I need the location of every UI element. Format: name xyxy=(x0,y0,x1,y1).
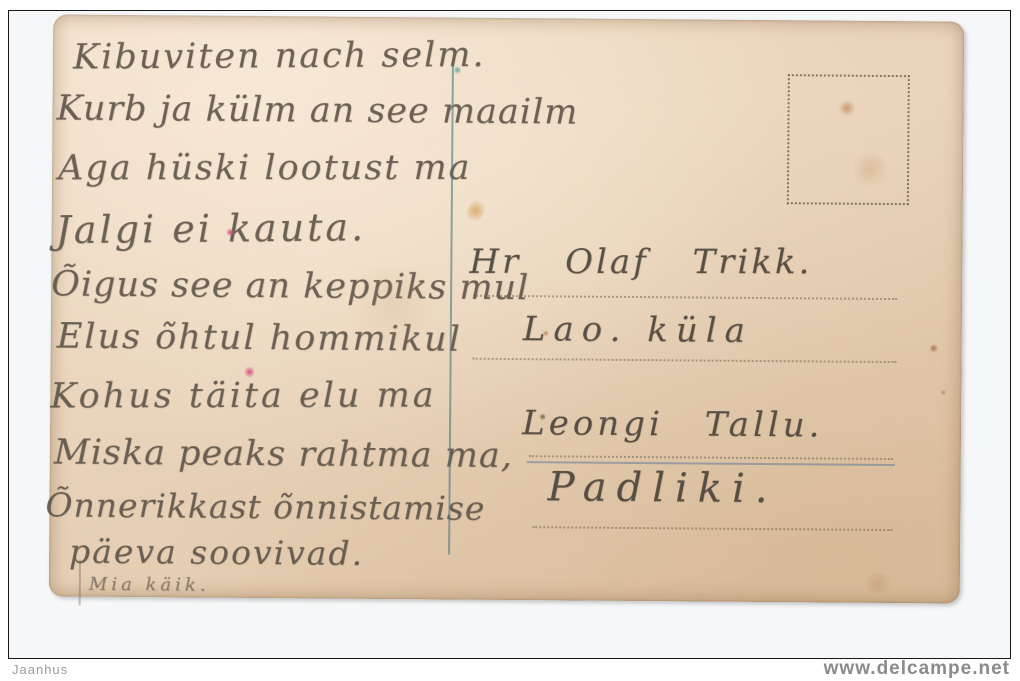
address-line-village: Lao. küla xyxy=(523,310,753,351)
address-line-name: Hr Olaf Trikk. xyxy=(469,243,812,282)
signature: Mia käik. xyxy=(89,575,210,597)
message-line: Miska peaks rahtma ma, xyxy=(54,432,513,476)
watermark-site: www.delcampe.net xyxy=(824,658,1010,680)
address-line-place: Padliki. xyxy=(547,464,777,512)
message-line: Kohus täita elu ma xyxy=(50,375,436,416)
message-line: Õnnerikkast õnnistamise xyxy=(45,486,485,527)
stain xyxy=(861,573,895,593)
screenshot-root: Kibuviten nach selm. Kurb ja külm an see… xyxy=(0,0,1020,681)
message-line: Aga hüski lootust ma xyxy=(58,148,471,189)
stain xyxy=(346,262,442,348)
stain xyxy=(543,330,549,336)
address-rule xyxy=(473,295,897,300)
watermark-seller: Jaanhus xyxy=(12,662,68,677)
address-line-farm: Leongi Tallu. xyxy=(522,404,824,445)
stain xyxy=(940,389,946,395)
stain xyxy=(244,366,254,378)
postcard-photo-frame: Kibuviten nach selm. Kurb ja külm an see… xyxy=(8,10,1011,659)
stain xyxy=(839,101,856,116)
address-rule xyxy=(473,358,897,363)
message-line: Õigus see an keppiks mul xyxy=(51,264,529,308)
stain xyxy=(463,196,489,226)
message-line: Kibuviten nach selm. xyxy=(73,35,486,78)
message-line: päeva soovivad. xyxy=(69,533,364,573)
signature-bracket-line xyxy=(79,560,81,606)
message-line: Kurb ja külm an see maailm xyxy=(56,88,578,132)
stain xyxy=(929,344,939,352)
postcard-back: Kibuviten nach selm. Kurb ja külm an see… xyxy=(49,14,965,603)
stain xyxy=(850,151,890,187)
stain xyxy=(227,228,234,237)
divider-line xyxy=(448,63,454,555)
address-rule xyxy=(529,455,893,460)
address-rule xyxy=(532,526,892,531)
stain xyxy=(539,413,546,420)
stain xyxy=(454,66,461,75)
stamp-box xyxy=(787,74,910,205)
message-line: Jalgi ei kauta. xyxy=(55,206,366,253)
